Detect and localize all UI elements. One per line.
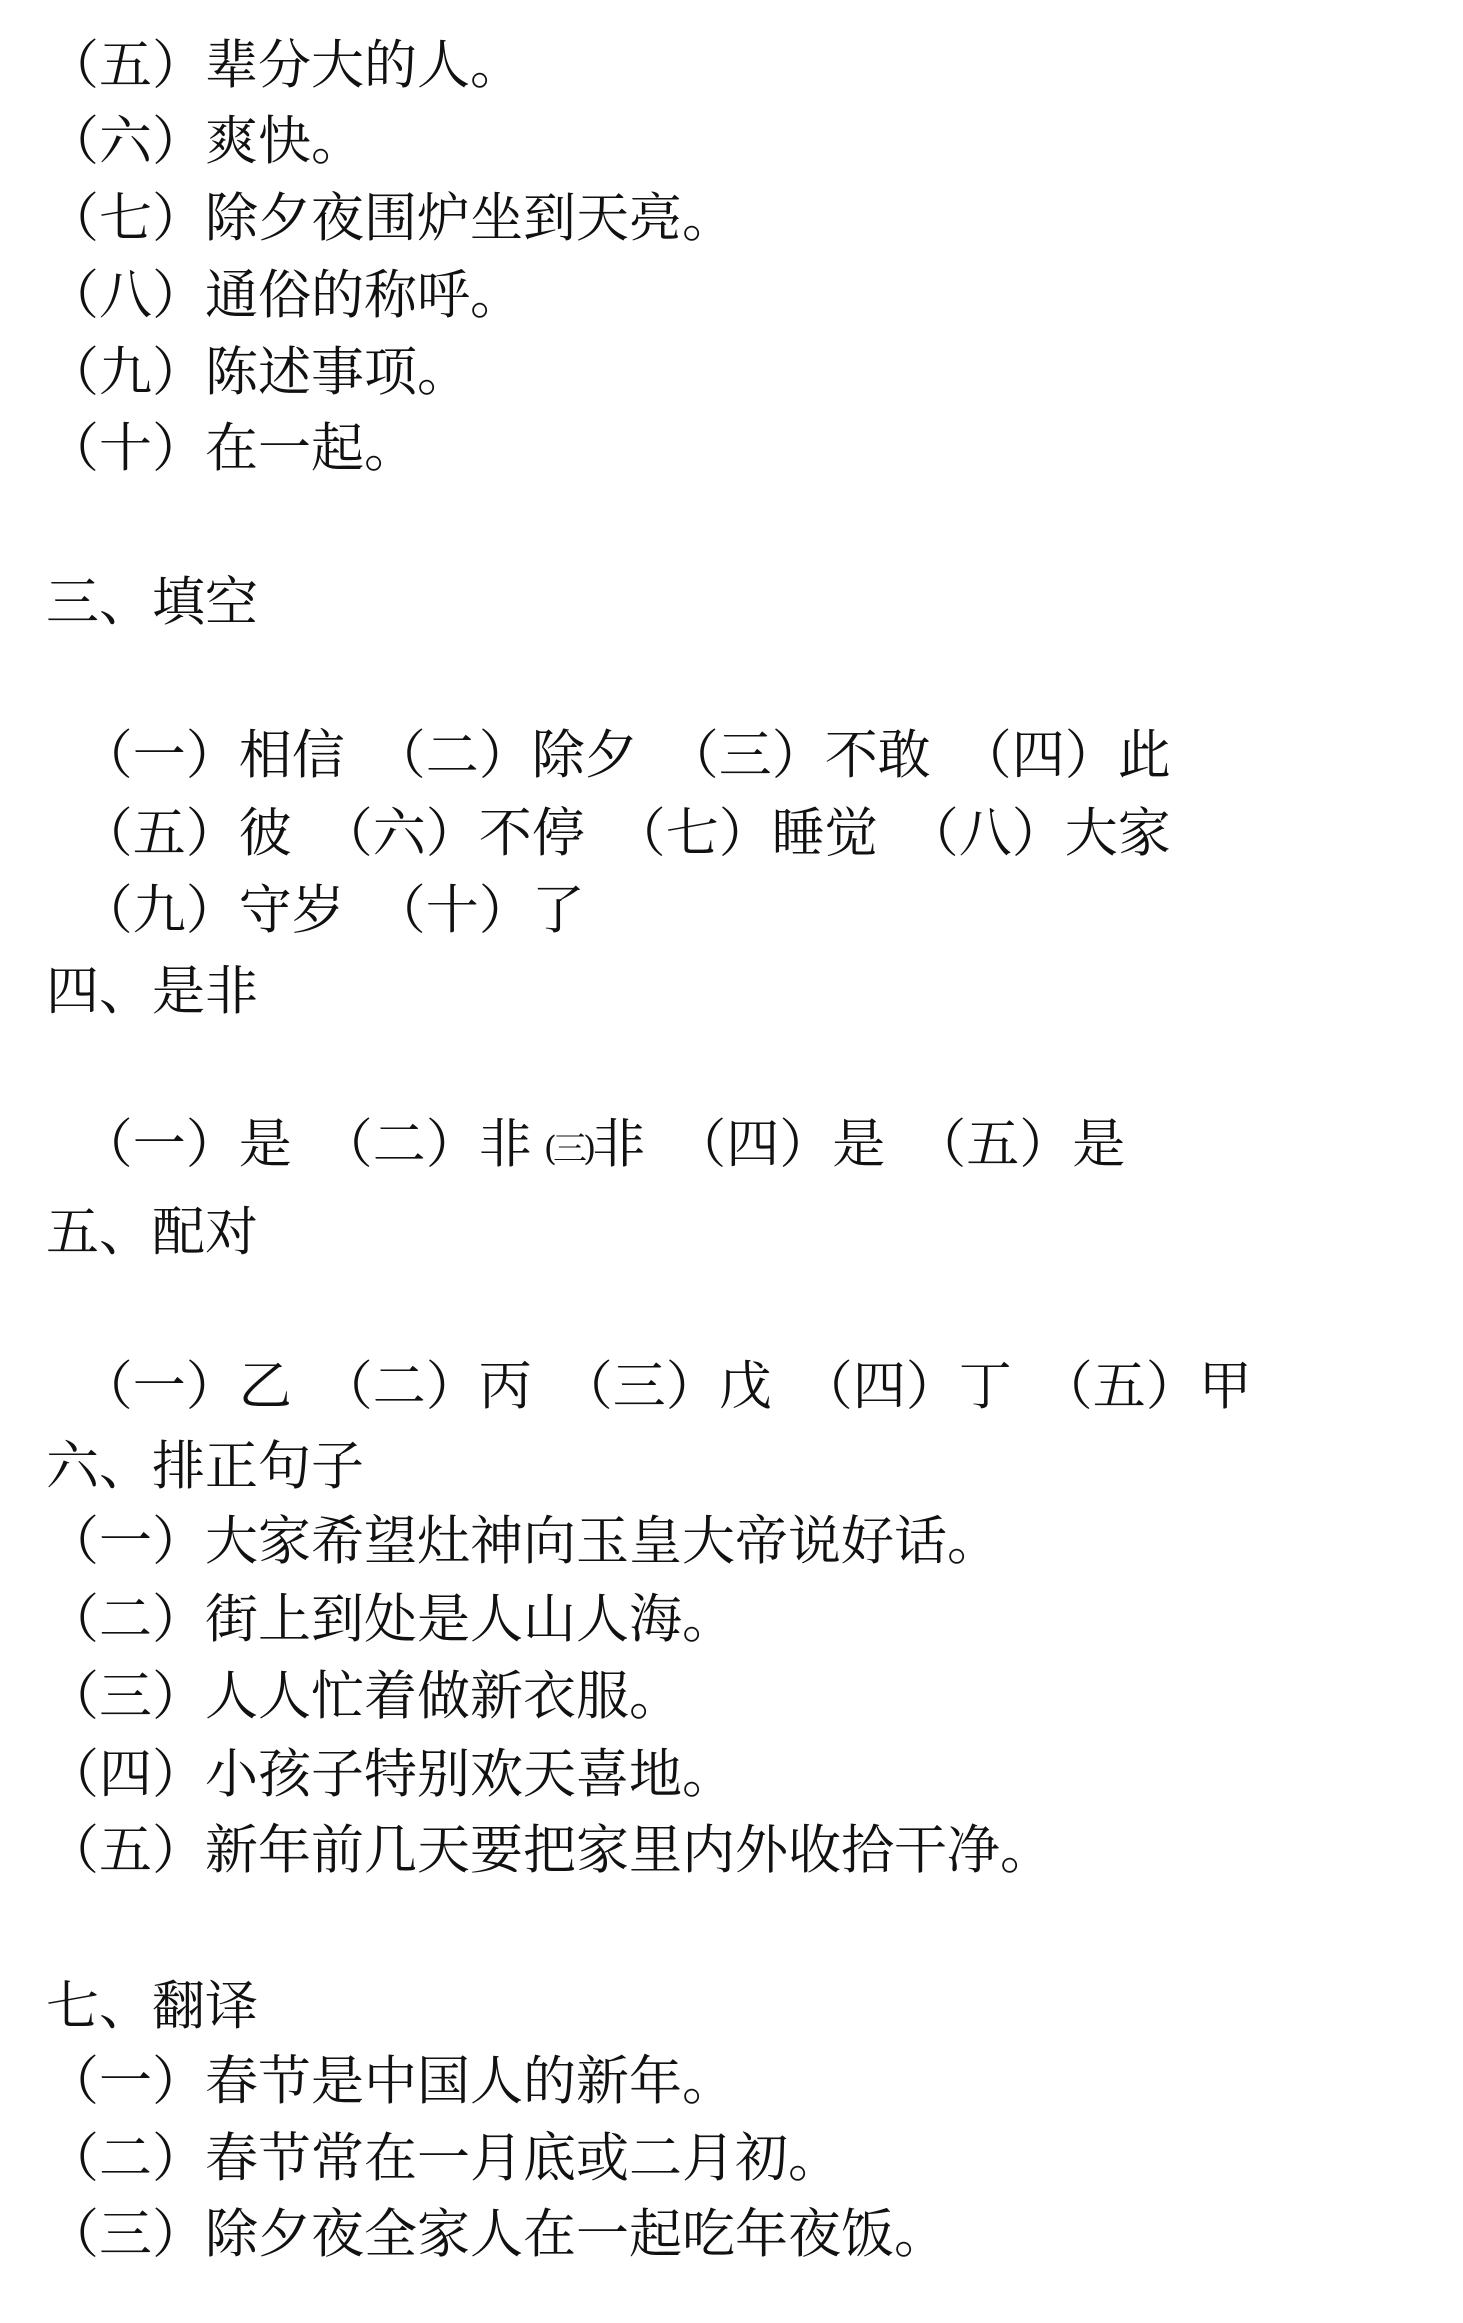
reorder-item-2: （二）街上到处是人山人海。 <box>46 1582 735 1658</box>
reorder-item-4: （四）小孩子特别欢天喜地。 <box>46 1737 735 1813</box>
answer-value: 非 <box>479 1107 532 1183</box>
answer-label: （四） <box>673 1107 832 1183</box>
definition-item-8: （八）通俗的称呼。 <box>46 258 523 334</box>
answer-value: 丙 <box>479 1349 532 1425</box>
answer-value: 是 <box>1072 1107 1125 1183</box>
answer-value: 是 <box>832 1107 885 1183</box>
true-false-answers: （一）是（二）非(三)非（四）是（五）是 <box>46 1031 1125 1107</box>
section-heading-true-false: 四、是非 <box>46 954 258 1030</box>
fill-blank-answer: （八）大家 <box>906 796 1171 872</box>
section-heading-fill-blank: 三、填空 <box>46 565 258 641</box>
fill-blank-answer: （七）睡觉 <box>613 796 878 872</box>
answer-label: （二） <box>320 1107 479 1183</box>
answer-value: 是 <box>239 1107 292 1183</box>
section-heading-reorder: 六、排正句子 <box>46 1429 364 1505</box>
answer-label: （四） <box>800 1349 959 1425</box>
definition-item-10: （十）在一起。 <box>46 411 417 487</box>
answer-label: （一） <box>80 1349 239 1425</box>
definition-item-7: （七）除夕夜围炉坐到天亮。 <box>46 181 735 257</box>
matching-answers: （一）乙（二）丙（三）戊（四）丁（五）甲 <box>46 1273 1252 1349</box>
answer-value: 丁 <box>959 1349 1012 1425</box>
fill-blank-answer: （十）了 <box>373 873 585 949</box>
answer-value: 乙 <box>239 1349 292 1425</box>
definition-item-9: （九）陈述事项。 <box>46 335 470 411</box>
reorder-item-5: （五）新年前几天要把家里内外收拾干净。 <box>46 1813 1053 1889</box>
fill-blank-row-2: （五）彼（六）不停（七）睡觉（八）大家 <box>46 720 1171 796</box>
reorder-item-1: （一）大家希望灶神向玉皇大帝说好话。 <box>46 1504 1000 1580</box>
translation-item-3: （三）除夕夜全家人在一起吃年夜饭。 <box>46 2197 947 2273</box>
answer-label: （五） <box>1040 1349 1199 1425</box>
answer-label: (三) <box>544 1111 593 1187</box>
translation-item-1: （一）春节是中国人的新年。 <box>46 2044 735 2120</box>
fill-blank-row-1: （一）相信（二）除夕（三）不敢（四）此 <box>46 642 1171 718</box>
fill-blank-answer: （九）守岁 <box>80 873 345 949</box>
translation-item-2: （二）春节常在一月底或二月初。 <box>46 2121 841 2197</box>
answer-value: 甲 <box>1199 1349 1252 1425</box>
answer-value: 非 <box>592 1107 645 1183</box>
section-heading-translation: 七、翻译 <box>46 1969 258 2045</box>
answer-label: （二） <box>320 1349 479 1425</box>
answer-label: （五） <box>913 1107 1072 1183</box>
section-heading-matching: 五、配对 <box>46 1195 258 1271</box>
definition-item-6: （六）爽快。 <box>46 104 364 180</box>
answer-label: （一） <box>80 1107 239 1183</box>
answer-label: （三） <box>560 1349 719 1425</box>
fill-blank-row-3: （九）守岁（十）了 <box>46 797 585 873</box>
answer-value: 戊 <box>719 1349 772 1425</box>
reorder-item-3: （三）人人忙着做新衣服。 <box>46 1659 682 1735</box>
definition-item-5: （五）辈分大的人。 <box>46 28 523 104</box>
